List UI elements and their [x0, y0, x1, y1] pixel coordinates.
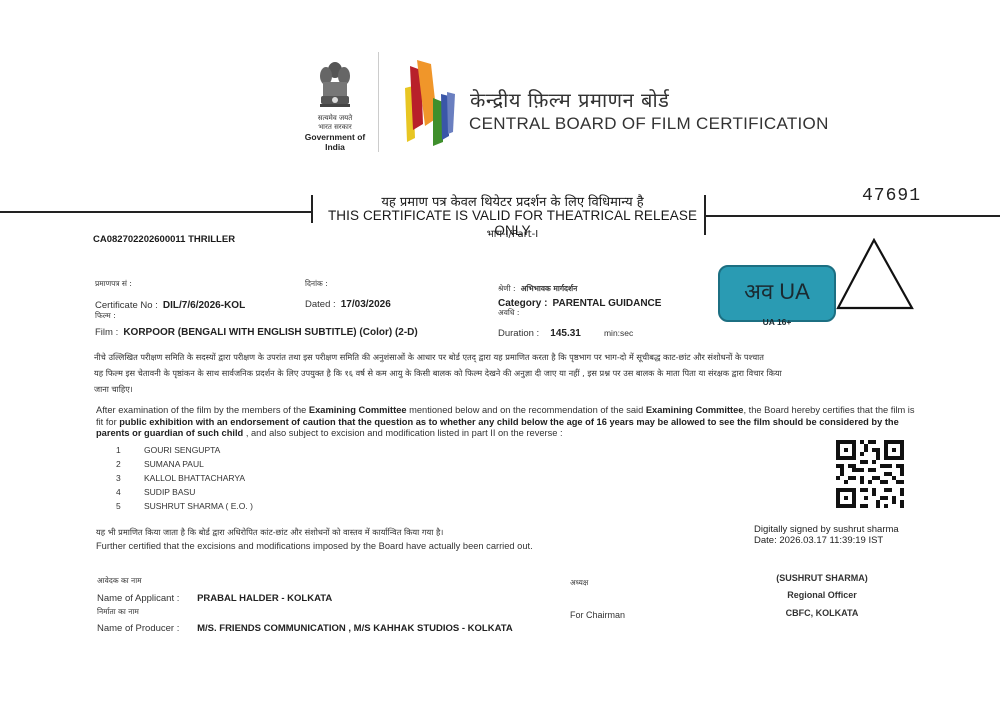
producer-value: M/S. FRIENDS COMMUNICATION , M/S KAHHAK … — [197, 623, 513, 634]
para-text-4: , and also subject to excision and modif… — [243, 428, 562, 438]
member-name: SUSHRUT SHARMA ( E.O. ) — [144, 501, 253, 511]
applicant-value: PRABAL HALDER - KOLKATA — [197, 593, 332, 604]
digital-signature-line-2: Date: 2026.03.17 11:39:19 IST — [754, 535, 883, 546]
signatory-office: CBFC, KOLKATA — [742, 608, 902, 618]
member-name: KALLOL BHATTACHARYA — [144, 473, 245, 483]
duration-label: Duration : — [498, 328, 539, 339]
film-label: Film : — [95, 327, 118, 338]
cbfc-name-hindi: केन्द्रीय फ़िल्म प्रमाणन बोर्ड — [470, 86, 669, 113]
member-number: 2 — [116, 459, 144, 469]
dated-value: 17/03/2026 — [341, 299, 391, 310]
producer-row: Name of Producer : M/S. FRIENDS COMMUNIC… — [97, 616, 513, 635]
emblem-motto: सत्यमेव जयते — [300, 114, 370, 123]
member-number: 3 — [116, 473, 144, 483]
duration-unit: min:sec — [604, 328, 633, 338]
film-row: Film : KORPOOR (BENGALI WITH ENGLISH SUB… — [95, 320, 418, 339]
emblem-english-label: Government of India — [300, 132, 370, 152]
duration-label-hindi: अवधि : — [498, 308, 519, 318]
ca-code: CA082702202600011 THRILLER — [93, 234, 235, 245]
applicant-label-hindi: आवेदक का नाम — [97, 576, 142, 586]
member-name: SUDIP BASU — [144, 487, 195, 497]
para-text-1: After examination of the film by the mem… — [96, 405, 309, 415]
digital-signature-line-1: Digitally signed by sushrut sharma — [754, 524, 899, 535]
certification-text-english: After examination of the film by the mem… — [96, 405, 916, 440]
certificate-no-row: Certificate No : DIL/7/6/2026-KOL — [95, 293, 245, 312]
member-number: 1 — [116, 445, 144, 455]
certification-text-hindi-2: यह फिल्म इस चेतावनी के पृष्ठांकन के साथ … — [94, 366, 914, 381]
signatory-title: Regional Officer — [742, 590, 902, 600]
producer-label: Name of Producer : — [97, 623, 192, 634]
triangle-icon — [834, 238, 914, 310]
member-number: 5 — [116, 501, 144, 511]
para-bold-1: Examining Committee — [309, 405, 407, 415]
member-name: GOURI SENGUPTA — [144, 445, 220, 455]
cbfc-logo-icon — [403, 58, 463, 148]
part-label: भाग-I/Part-I — [320, 226, 705, 240]
certification-text-hindi-3: जाना चाहिए। — [94, 382, 914, 397]
banner-rule-right — [706, 215, 1000, 217]
para-bold-2: Examining Committee — [646, 405, 744, 415]
member-number: 4 — [116, 487, 144, 497]
committee-member: 5SUSHRUT SHARMA ( E.O. ) — [116, 501, 253, 511]
certificate-no-label-hindi: प्रमाणपत्र सं : — [95, 279, 132, 289]
certificate-no-label: Certificate No : — [95, 300, 158, 311]
committee-member: 4SUDIP BASU — [116, 487, 195, 497]
committee-member: 2SUMANA PAUL — [116, 459, 204, 469]
certification-text-hindi-1: नीचे उल्लिखित परीक्षण समिति के सदस्यों द… — [94, 350, 914, 365]
dated-label-hindi: दिनांक : — [305, 279, 328, 289]
qr-code-icon — [836, 440, 904, 508]
applicant-row: Name of Applicant : PRABAL HALDER - KOLK… — [97, 586, 332, 605]
applicant-label: Name of Applicant : — [97, 593, 192, 604]
category-row: Category : PARENTAL GUIDANCE — [498, 291, 661, 310]
member-name: SUMANA PAUL — [144, 459, 204, 469]
rating-label: अव UA — [718, 276, 836, 306]
dated-label: Dated : — [305, 299, 336, 310]
duration-row: Duration : 145.31 min:sec — [498, 321, 633, 340]
logo-divider — [378, 52, 379, 152]
serial-number: 47691 — [862, 186, 921, 206]
signatory-name: (SUSHRUT SHARMA) — [742, 573, 902, 583]
committee-member: 3KALLOL BHATTACHARYA — [116, 473, 245, 483]
committee-member: 1GOURI SENGUPTA — [116, 445, 220, 455]
banner-rule-left — [0, 211, 312, 213]
duration-value: 145.31 — [550, 328, 581, 339]
certificate-no-value: DIL/7/6/2026-KOL — [163, 300, 245, 311]
category-value: PARENTAL GUIDANCE — [553, 298, 662, 309]
dated-row: Dated : 17/03/2026 — [305, 292, 391, 311]
emblem-hindi-label: भारत सरकार — [300, 123, 370, 132]
banner-tick-left — [311, 195, 313, 223]
for-chairman-label: For Chairman — [570, 610, 625, 620]
government-emblem: सत्यमेव जयते भारत सरकार Government of In… — [300, 60, 370, 152]
rating-sub-label: UA 16+ — [718, 317, 836, 327]
cbfc-name-english: CENTRAL BOARD OF FILM CERTIFICATION — [469, 114, 829, 134]
chairman-label-hindi: अध्यक्ष — [570, 578, 588, 588]
film-value: KORPOOR (BENGALI WITH ENGLISH SUBTITLE) … — [123, 327, 417, 338]
national-emblem-icon — [317, 60, 353, 112]
para-text-2: mentioned below and on the recommendatio… — [407, 405, 646, 415]
